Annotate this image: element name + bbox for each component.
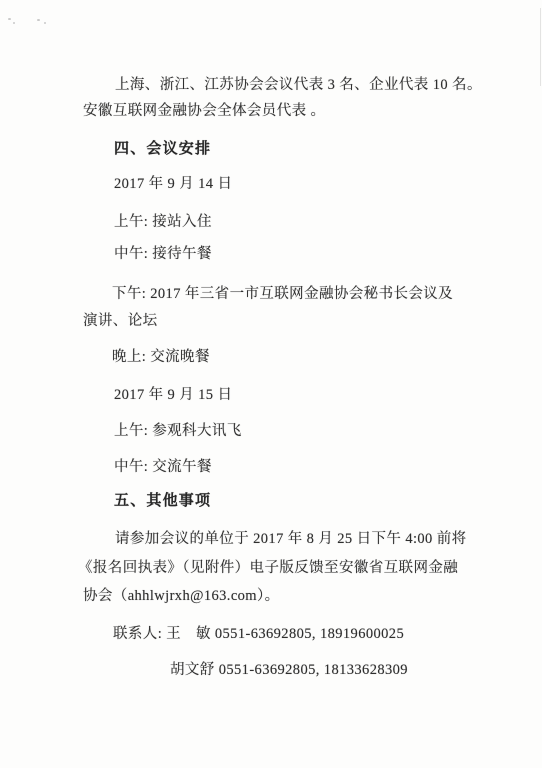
notice-line-2: 《报名回执表》（见附件）电子版反馈至安徽省互联网金融 (78, 561, 458, 576)
intro-line-2: 安徽互联网金融协会全体会员代表 。 (83, 104, 325, 119)
notice-line-1: 请参加会议的单位于 2017 年 8 月 25 日下午 4:00 前将 (115, 532, 467, 547)
document-page: 上海、浙江、江苏协会会议代表 3 名、企业代表 10 名。 安徽互联网金融协会全… (0, 0, 542, 768)
schedule-day1-afternoon-line1: 下午: 2017 年三省一市互联网金融协会秘书长会议及 (112, 287, 453, 302)
scan-artifact (44, 22, 46, 24)
section-heading-meeting-arrangement: 四、会议安排 (114, 142, 211, 157)
schedule-day1-evening: 晚上: 交流晚餐 (112, 350, 210, 365)
contact-line-2: 胡文舒 0551-63692805, 18133628309 (170, 663, 408, 678)
scan-artifact (13, 22, 15, 24)
scan-edge-artifact (540, 8, 541, 86)
schedule-day2-date: 2017 年 9 月 15 日 (114, 388, 232, 403)
schedule-day1-date: 2017 年 9 月 14 日 (114, 177, 232, 192)
contact-line-1: 联系人: 王 敏 0551-63692805, 18919600025 (113, 627, 404, 642)
section-heading-other-matters: 五、其他事项 (114, 494, 211, 509)
schedule-day1-noon: 中午: 接待午餐 (114, 247, 212, 262)
notice-line-3: 协会（ahhlwjrxh@163.com）。 (83, 589, 280, 604)
scan-artifact (8, 18, 11, 20)
intro-line-1: 上海、浙江、江苏协会会议代表 3 名、企业代表 10 名。 (115, 78, 482, 93)
schedule-day2-noon: 中午: 交流午餐 (114, 460, 212, 475)
scan-artifact (37, 19, 40, 21)
schedule-day1-morning: 上午: 接站入住 (114, 215, 212, 230)
schedule-day1-afternoon-line2: 演讲、论坛 (83, 314, 158, 329)
schedule-day2-morning: 上午: 参观科大讯飞 (114, 424, 242, 439)
